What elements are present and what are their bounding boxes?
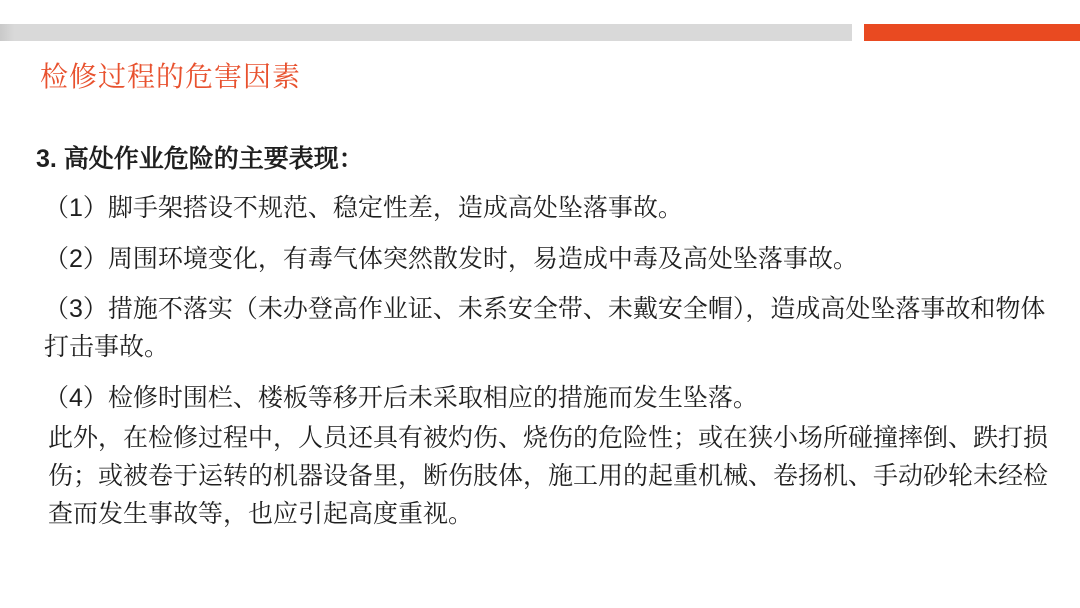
hazard-item-2: （2）周围环境变化，有毒气体突然散发时，易造成中毒及高处坠落事故。 xyxy=(44,240,1049,278)
hazard-item-1: （1）脚手架搭设不规范、稳定性差，造成高处坠落事故。 xyxy=(44,189,1049,227)
presentation-slide: 检修过程的危害因素 3. 高处作业危险的主要表现： （1）脚手架搭设不规范、稳定… xyxy=(0,0,1080,608)
slide-body: 3. 高处作业危险的主要表现： （1）脚手架搭设不规范、稳定性差，造成高处坠落事… xyxy=(0,142,1060,533)
section-heading: 3. 高处作业危险的主要表现： xyxy=(36,142,1060,176)
hazard-item-3: （3）措施不落实（未办登高作业证、未系安全带、未戴安全帽），造成高处坠落事故和物… xyxy=(44,290,1049,366)
top-bar-gray-segment xyxy=(0,24,852,41)
top-bar-accent-segment xyxy=(864,24,1080,41)
closing-paragraph: 此外，在检修过程中，人员还具有被灼伤、烧伤的危险性；或在狭小场所碰撞摔倒、跌打损… xyxy=(48,419,1050,533)
hazard-item-4: （4）检修时围栏、楼板等移开后未采取相应的措施而发生坠落。 xyxy=(44,379,1049,417)
slide-title: 检修过程的危害因素 xyxy=(40,55,301,95)
